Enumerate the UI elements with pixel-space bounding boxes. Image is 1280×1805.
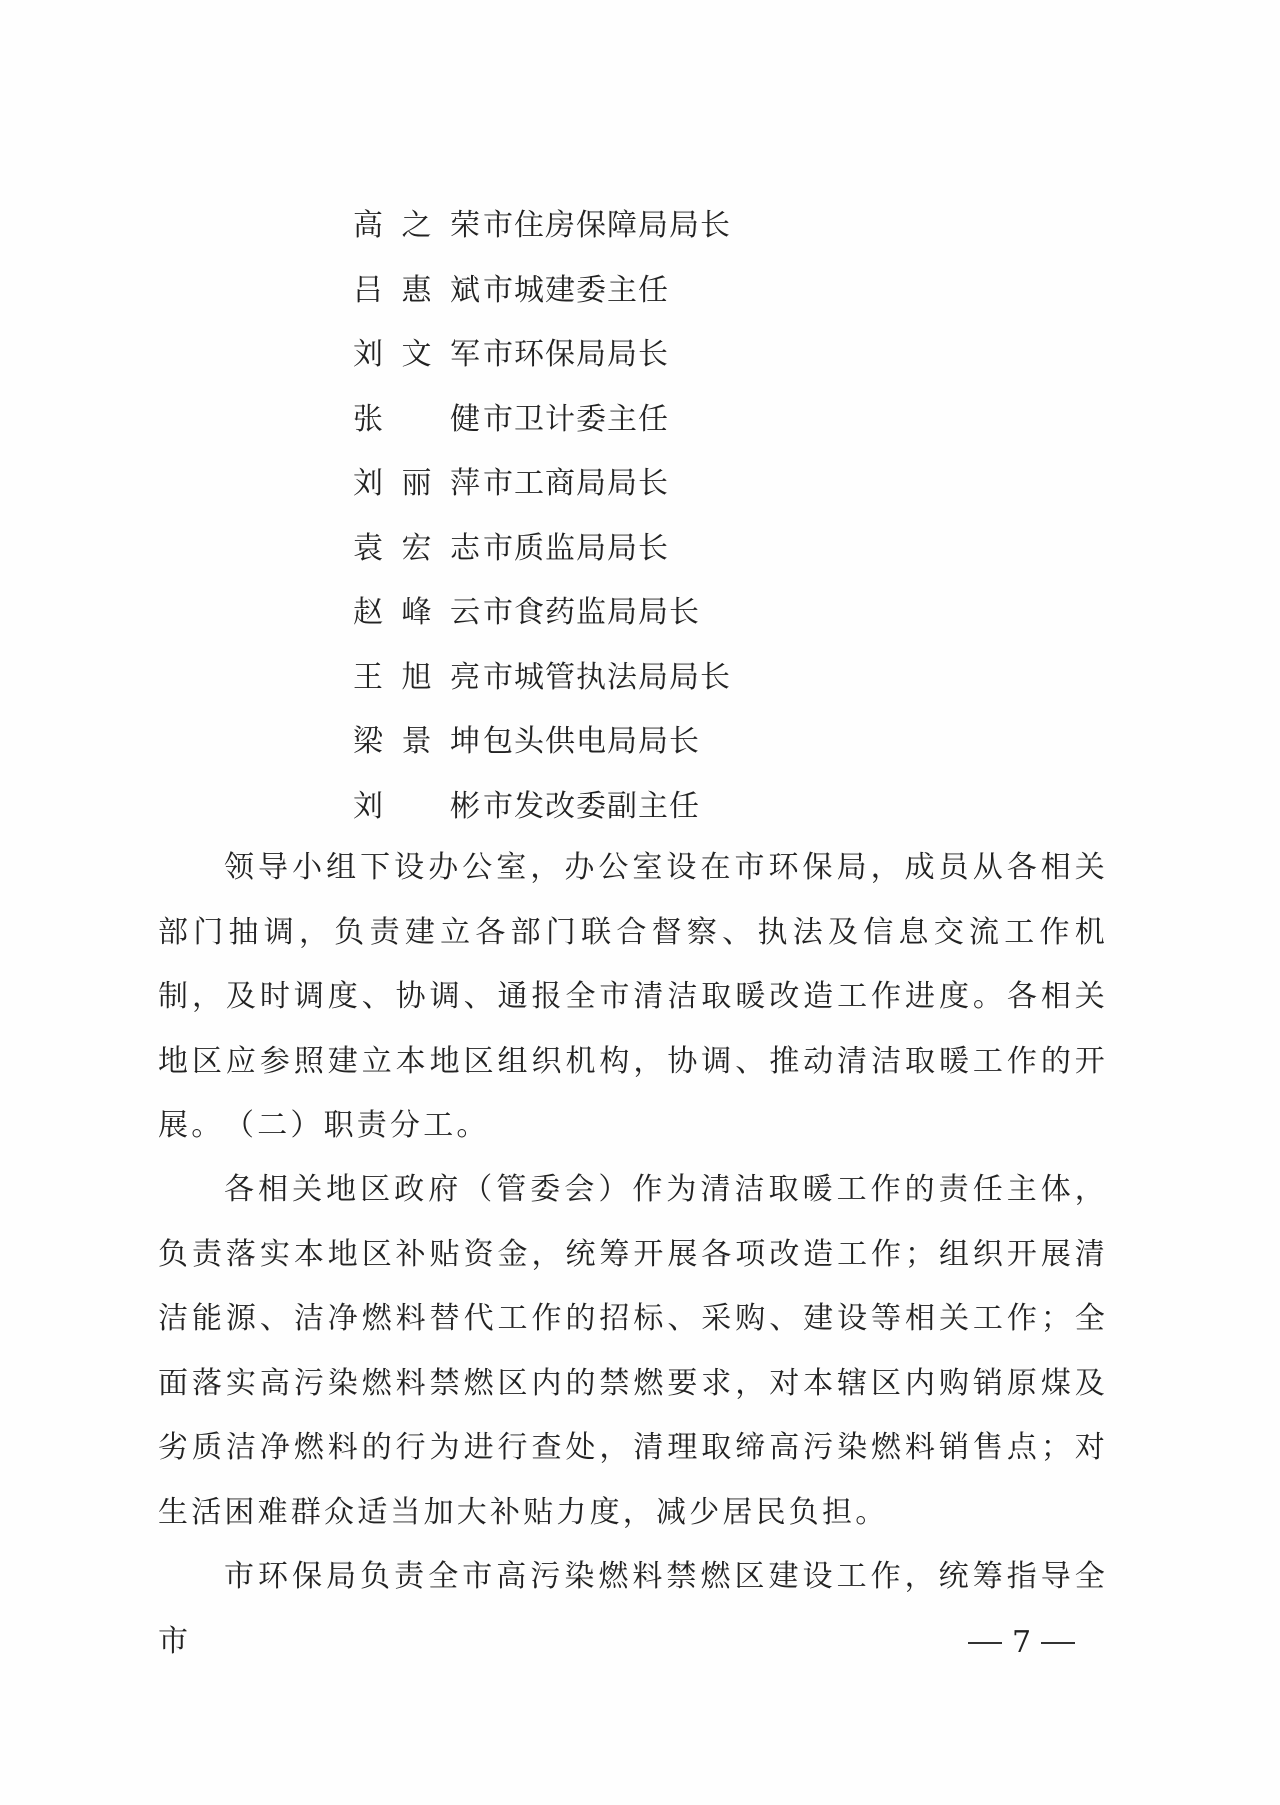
member-title: 市城建委主任	[483, 261, 669, 321]
member-title: 市卫计委主任	[483, 390, 669, 450]
member-name: 赵峰云	[353, 583, 481, 643]
member-name: 梁景坤	[353, 712, 481, 772]
member-row: 高之荣 市住房保障局局长	[353, 196, 731, 261]
member-row: 梁景坤 包头供电局局长	[353, 712, 731, 777]
member-title: 市环保局局长	[483, 325, 669, 385]
member-name: 王旭亮	[353, 648, 481, 708]
environment-bureau-paragraph: 市环保局负责全市高污染燃料禁燃区建设工作，统筹指导全市	[158, 1545, 1108, 1674]
member-title: 市工商局局长	[483, 454, 669, 514]
member-title: 市发改委副主任	[483, 777, 700, 837]
member-row: 张健 市卫计委主任	[353, 390, 731, 455]
member-title: 包头供电局局长	[483, 712, 700, 772]
section-heading: （二）职责分工。	[158, 1094, 490, 1159]
member-row: 赵峰云 市食药监局局长	[353, 583, 731, 648]
member-row: 刘文军 市环保局局长	[353, 325, 731, 390]
document-page: 高之荣 市住房保障局局长 吕惠斌 市城建委主任 刘文军 市环保局局长 张健 市卫…	[0, 0, 1280, 1805]
member-row: 王旭亮 市城管执法局局长	[353, 648, 731, 713]
member-row: 刘彬 市发改委副主任	[353, 777, 731, 842]
dash-right-icon	[1041, 1642, 1075, 1644]
member-row: 刘丽萍 市工商局局长	[353, 454, 731, 519]
member-title: 市质监局局长	[483, 519, 669, 579]
local-government-paragraph: 各相关地区政府（管委会）作为清洁取暖工作的责任主体，负责落实本地区补贴资金，统筹…	[158, 1158, 1108, 1545]
page-number-value: 7	[1012, 1618, 1031, 1668]
member-title: 市城管执法局局长	[483, 648, 731, 708]
member-name: 张健	[353, 390, 481, 450]
member-name: 吕惠斌	[353, 261, 481, 321]
member-name: 刘彬	[353, 777, 481, 837]
member-title: 市食药监局局长	[483, 583, 700, 643]
member-title: 市住房保障局局长	[483, 196, 731, 256]
page-number: 7	[968, 1618, 1075, 1668]
member-name: 袁宏志	[353, 519, 481, 579]
leadership-member-list: 高之荣 市住房保障局局长 吕惠斌 市城建委主任 刘文军 市环保局局长 张健 市卫…	[353, 196, 731, 841]
dash-left-icon	[968, 1642, 1002, 1644]
member-name: 高之荣	[353, 196, 481, 256]
member-row: 吕惠斌 市城建委主任	[353, 261, 731, 326]
member-row: 袁宏志 市质监局局长	[353, 519, 731, 584]
member-name: 刘文军	[353, 325, 481, 385]
member-name: 刘丽萍	[353, 454, 481, 514]
